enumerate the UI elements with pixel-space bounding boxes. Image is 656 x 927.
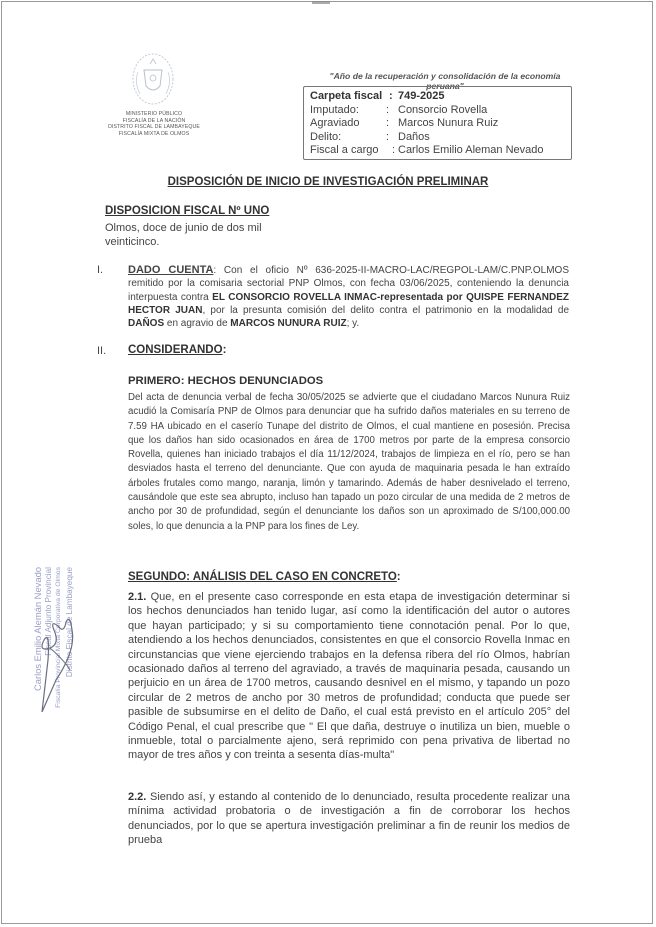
case-label: Carpeta fiscal (310, 90, 389, 104)
disposition-heading: DISPOSICION FISCAL Nº UNO (105, 205, 269, 217)
section-heading: CONSIDERANDO (128, 344, 223, 356)
primero-body: Del acta de denuncia verbal de fecha 30/… (128, 391, 570, 534)
paragraph-2-1: 2.1. Que, en el presente caso correspond… (128, 590, 570, 763)
case-sep: : (386, 117, 398, 131)
segundo-heading-block: SEGUNDO: ANÁLISIS DEL CASO EN CONCRETO: (128, 571, 401, 583)
case-row-carpeta: Carpeta fiscal : 749-2025 (310, 90, 565, 104)
paragraph-number: 2.2. (128, 791, 146, 803)
institution-line: MINISTERIO PÚBLICO (98, 111, 210, 118)
segundo-heading: SEGUNDO: ANÁLISIS DEL CASO EN CONCRETO (128, 571, 397, 583)
crime-type: DAÑOS (128, 318, 164, 329)
case-sep: : (389, 90, 398, 104)
section-numeral: II. (97, 345, 106, 357)
victim-name: MARCOS NUNURA RUIZ (230, 318, 346, 329)
section-text: en agravio de (164, 318, 230, 329)
scan-mark (312, 1, 330, 4)
place-date: Olmos, doce de junio de dos mil veintici… (105, 221, 285, 249)
case-row-delito: Delito: : Daños (310, 131, 565, 145)
case-row-imputado: Imputado: : Consorcio Rovella (310, 104, 565, 118)
case-sep: : (386, 131, 398, 145)
case-label: Agraviado (310, 117, 386, 131)
primero-heading: PRIMERO: HECHOS DENUNCIADOS (128, 375, 323, 387)
case-row-agraviado: Agraviado : Marcos Nunura Ruiz (310, 117, 565, 131)
case-label: Delito: (310, 131, 386, 145)
national-coat-of-arms-icon (130, 52, 176, 106)
case-info-box: Carpeta fiscal : 749-2025 Imputado: : Co… (303, 86, 572, 160)
case-sep: : (386, 104, 398, 118)
case-label: Imputado: (310, 104, 386, 118)
section-dado-cuenta: DADO CUENTA: Con el oficio Nº 636-2025-I… (128, 264, 569, 330)
colon: : (397, 571, 401, 583)
institution-line: FISCALÍA DE LA NACIÓN (98, 118, 210, 125)
section-heading: DADO CUENTA (128, 264, 213, 276)
case-value: Marcos Nunura Ruiz (398, 117, 498, 131)
case-row-fiscal: Fiscal a cargo : Carlos Emilio Aleman Ne… (310, 144, 565, 158)
document-title: DISPOSICIÓN DE INICIO DE INVESTIGACIÓN P… (0, 176, 656, 188)
institution-line: DISTRITO FISCAL DE LAMBAYEQUE (98, 124, 210, 131)
section-text: ; y. (347, 318, 360, 329)
case-value: Consorcio Rovella (398, 104, 487, 118)
paragraph-text: Que, en el presente caso corresponde en … (128, 591, 570, 761)
case-value: 749-2025 (398, 90, 445, 104)
institution-block: MINISTERIO PÚBLICO FISCALÍA DE LA NACIÓN… (98, 111, 210, 137)
paragraph-2-2: 2.2. Siendo así, y estando al contenido … (128, 790, 570, 848)
handwritten-signature-icon (36, 600, 86, 720)
case-value: Carlos Emilio Aleman Nevado (398, 144, 544, 158)
paragraph-text: Siendo así, y estando al contenido de lo… (128, 791, 570, 846)
colon: : (223, 344, 227, 356)
section-numeral: I. (97, 264, 103, 276)
institution-line: FISCALÍA MIXTA DE OLMOS (98, 131, 210, 138)
paragraph-number: 2.1. (128, 591, 146, 603)
case-value: Daños (398, 131, 430, 145)
section-considerando: CONSIDERANDO: (128, 344, 226, 356)
section-text: , por la presunta comisión del delito co… (202, 305, 569, 316)
case-label: Fiscal a cargo (310, 144, 392, 158)
